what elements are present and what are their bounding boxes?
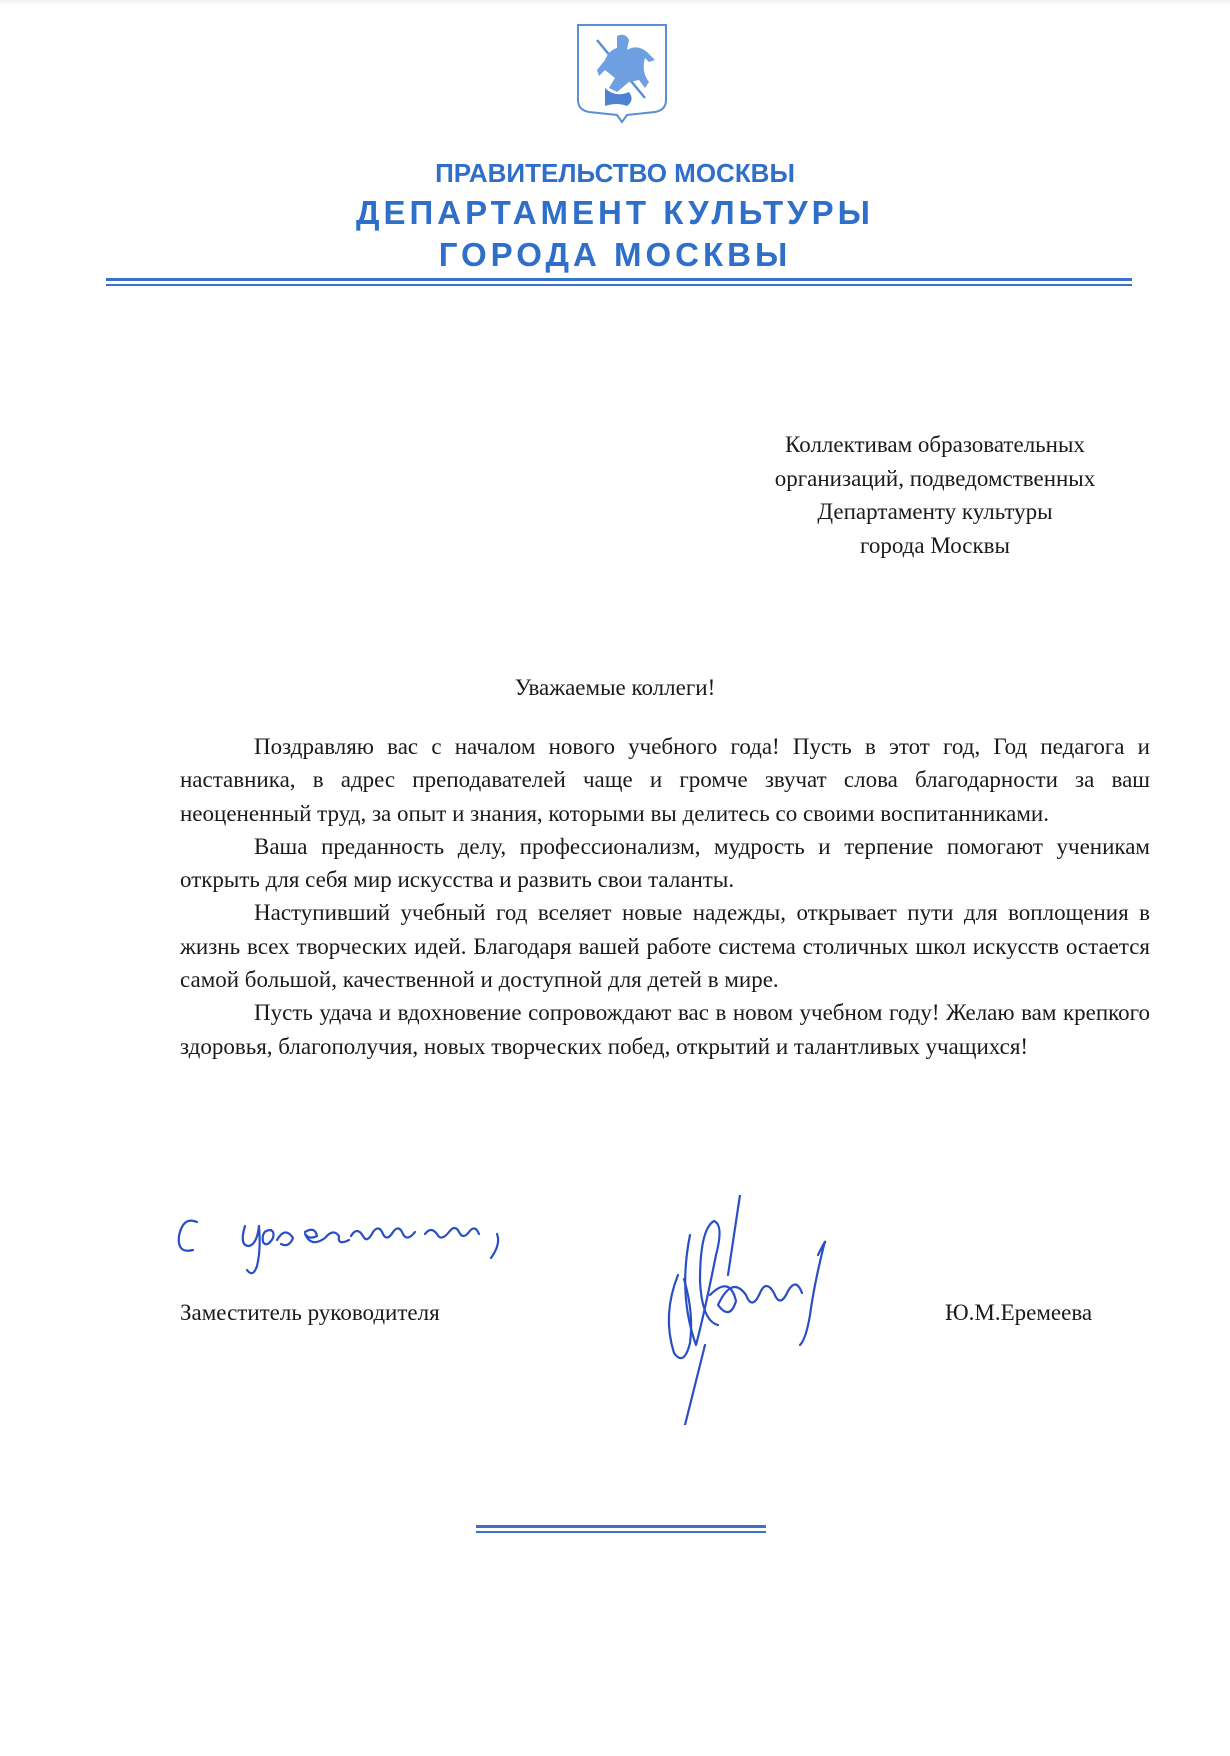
body-paragraph: Ваша преданность делу, профессионализм, … <box>180 830 1150 897</box>
salutation: Уважаемые коллеги! <box>0 675 1230 701</box>
footer-divider <box>476 1525 766 1533</box>
addressee-line: Коллективам образовательных <box>720 428 1150 462</box>
body-paragraph: Наступивший учебный год вселяет новые на… <box>180 896 1150 996</box>
letterhead-divider <box>106 278 1132 286</box>
addressee-line: Департаменту культуры <box>720 495 1150 529</box>
signatory-name: Ю.М.Еремеева <box>945 1300 1092 1326</box>
addressee-line: организаций, подведомственных <box>720 462 1150 496</box>
addressee-line: города Москвы <box>720 529 1150 563</box>
handwritten-closing: С уважением, <box>175 1210 615 1280</box>
addressee-block: Коллективам образовательных организаций,… <box>720 428 1150 562</box>
city-title: ГОРОДА МОСКВЫ <box>0 236 1230 274</box>
body-paragraph: Поздравляю вас с началом нового учебного… <box>180 730 1150 830</box>
body-paragraph: Пусть удача и вдохновение сопровождают в… <box>180 996 1150 1063</box>
signature-icon <box>650 1195 910 1425</box>
signatory-position: Заместитель руководителя <box>180 1300 440 1326</box>
letter-body: Поздравляю вас с началом нового учебного… <box>180 730 1150 1063</box>
department-title: ДЕПАРТАМЕНТ КУЛЬТУРЫ <box>0 194 1230 232</box>
moscow-coat-of-arms-icon <box>575 22 669 124</box>
scan-edge <box>0 0 1230 6</box>
government-title: ПРАВИТЕЛЬСТВО МОСКВЫ <box>0 158 1230 189</box>
